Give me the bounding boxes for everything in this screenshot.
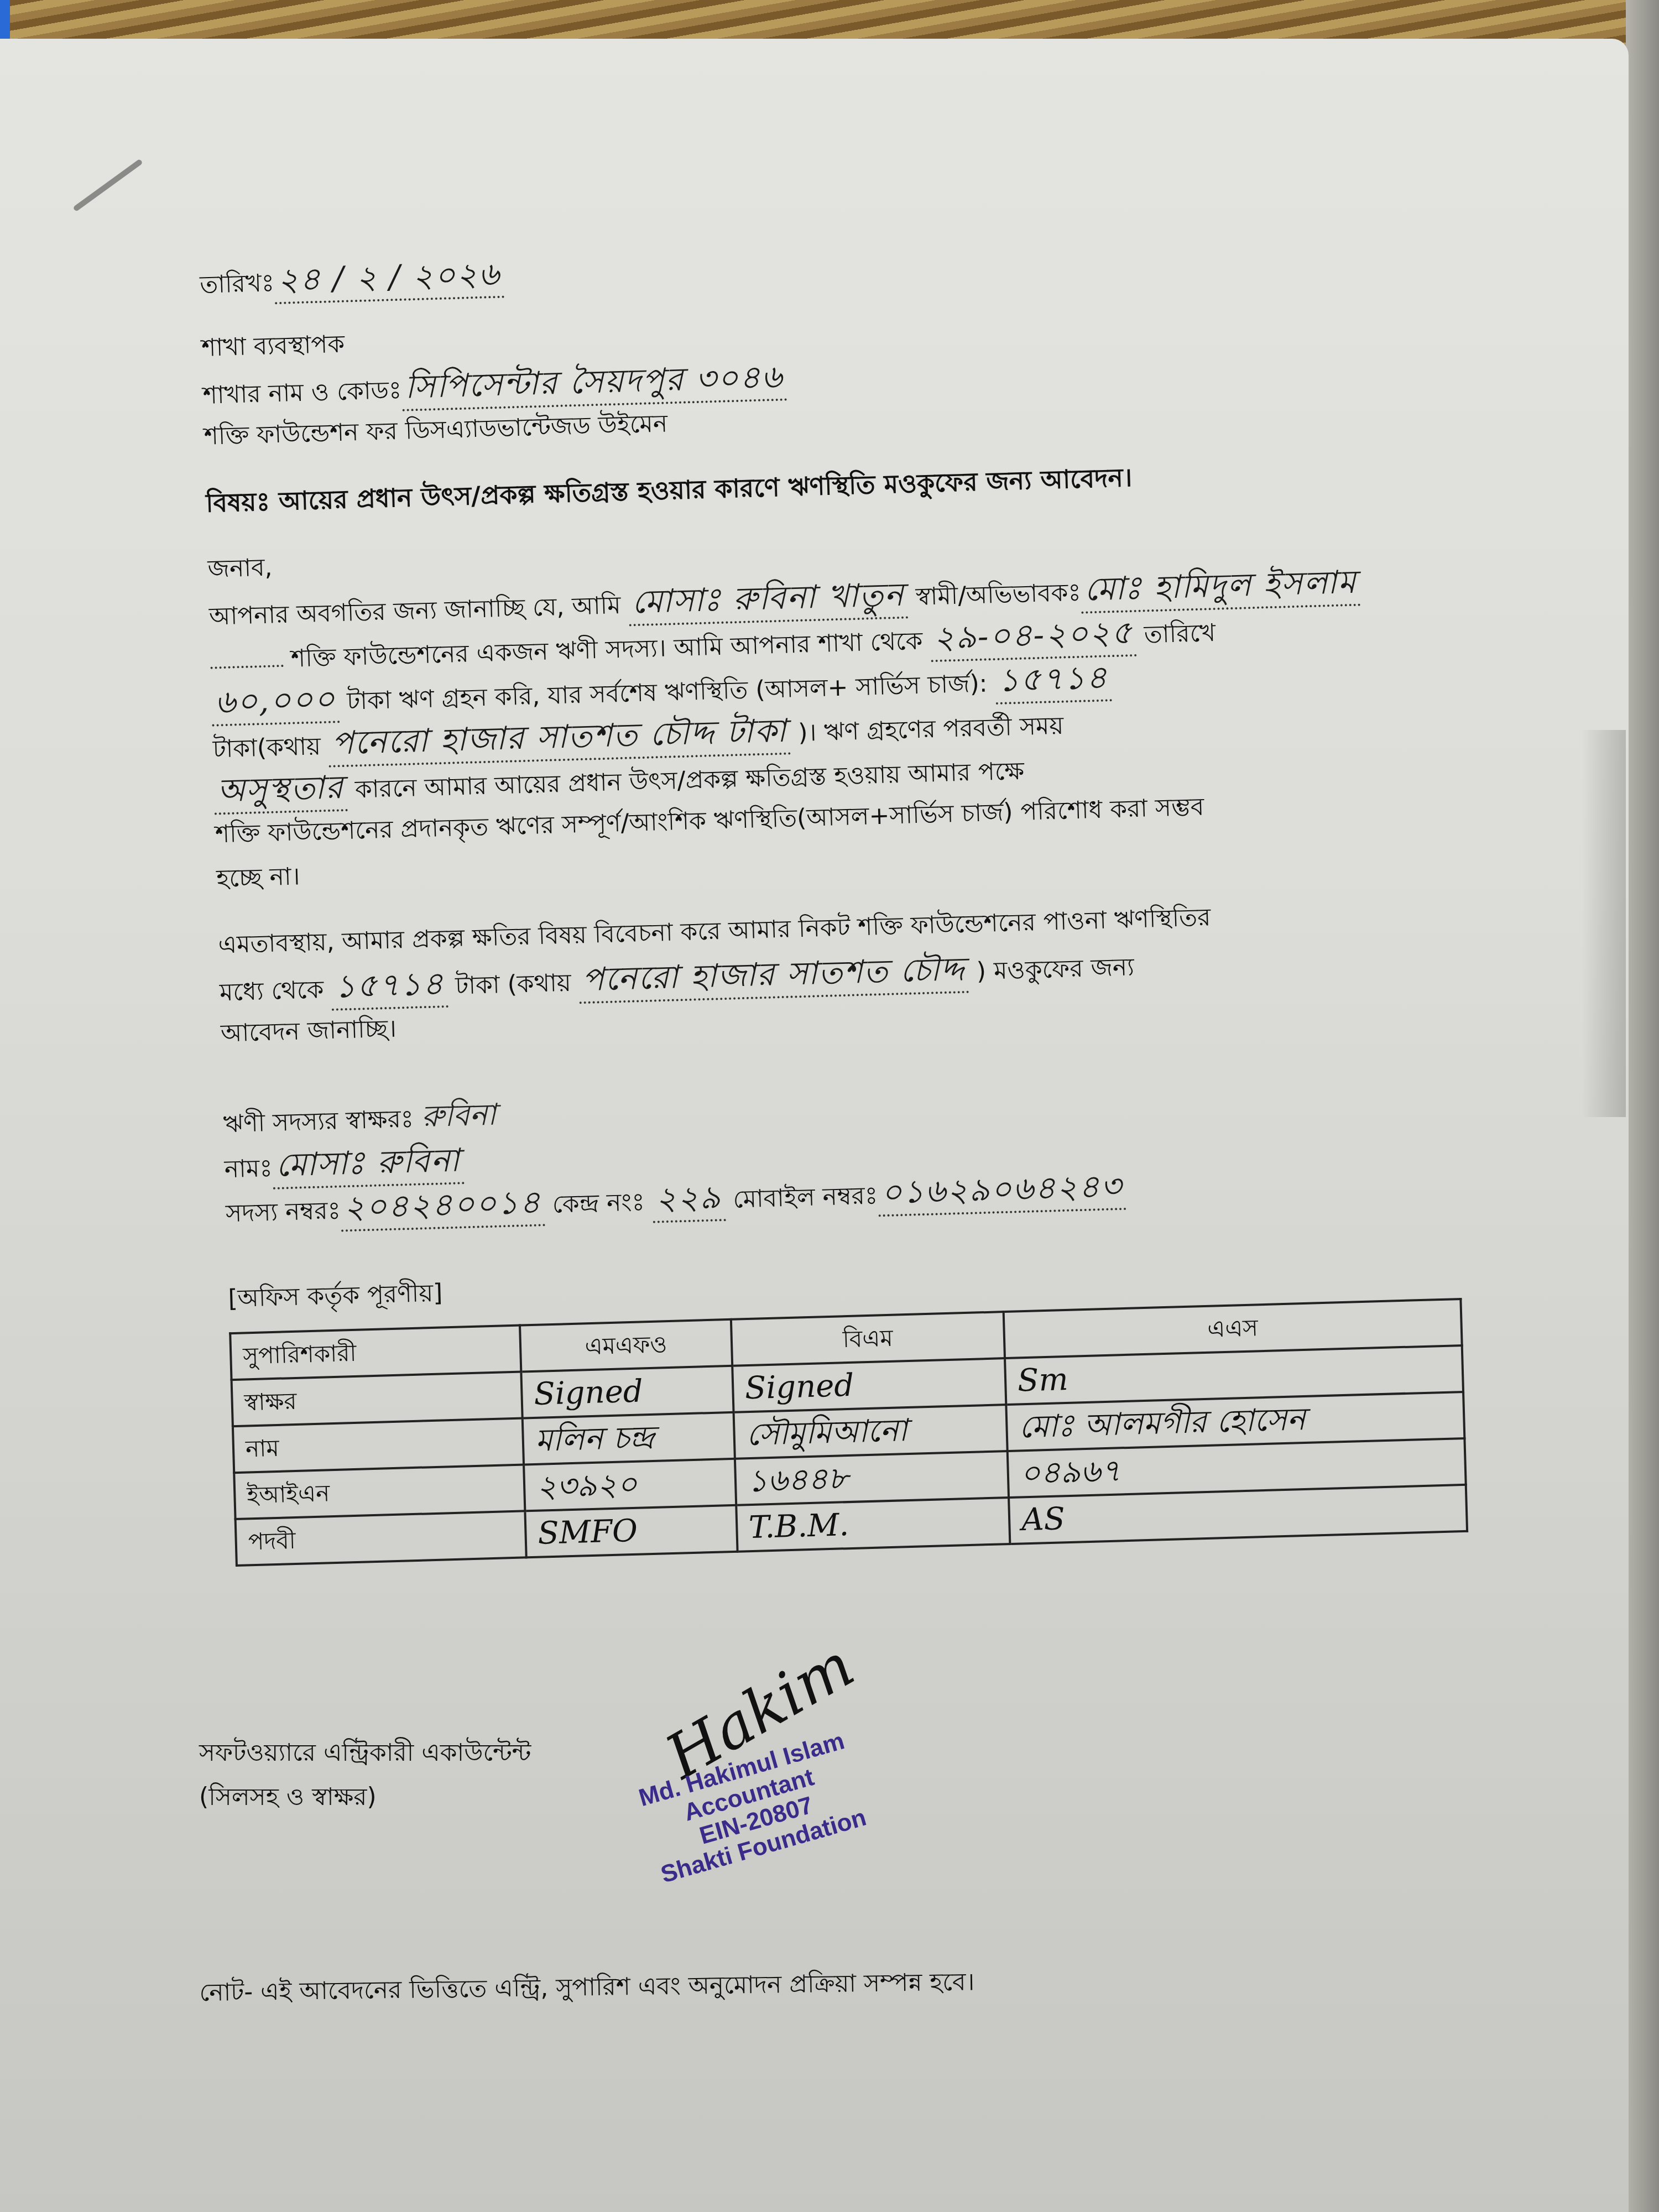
accountant-label-line1: সফটওয়্যারে এন্ট্রিকারী একাউন্টেন্ট — [199, 1731, 531, 1775]
staple-mark — [72, 159, 143, 212]
blank-field[interactable] — [211, 665, 284, 669]
body-text: টাকা(কথায় — [212, 732, 321, 763]
row-label: স্বাক্ষর — [232, 1372, 523, 1427]
name-cell[interactable]: মলিন চন্দ্র — [523, 1412, 735, 1465]
body-text: টাকা (কথায় — [455, 969, 572, 1000]
column-header: বিএম — [731, 1312, 1005, 1366]
row-label: সুপারিশকারী — [230, 1326, 521, 1380]
center-field[interactable]: ২২৯ — [651, 1175, 726, 1223]
mobile-field[interactable]: ০১৬২৯০৬৪২৪৩ — [877, 1164, 1126, 1217]
blue-object — [0, 0, 10, 39]
name-cell[interactable]: সৌমুমিআনো — [733, 1405, 1007, 1459]
member-no-label: সদস্য নম্বরঃ — [225, 1197, 341, 1228]
loan-amount-field[interactable]: ৬০,০০০ — [211, 676, 340, 726]
designation-cell[interactable]: SMFO — [525, 1505, 737, 1558]
page-edge — [1626, 0, 1659, 2212]
paper-shadow — [1582, 730, 1626, 1117]
branch-label: শাখার নাম ও কোডঃ — [202, 376, 402, 410]
member-signature[interactable]: রুবিনা — [421, 1097, 497, 1134]
member-name-label: নামঃ — [224, 1154, 273, 1183]
ein-cell[interactable]: ২৩৯২০ — [524, 1459, 736, 1511]
guardian-label: স্বামী/অভিভাবকঃ — [915, 578, 1081, 611]
ein-cell[interactable]: ১৬৪৪৮ — [735, 1451, 1009, 1505]
body-text: মধ্যে থেকে — [219, 975, 324, 1006]
row-label: নাম — [233, 1418, 524, 1473]
reason-field[interactable]: অসুস্থতার — [213, 765, 348, 815]
loan-date-field[interactable]: ২৯-০৪-২০২৫ — [930, 610, 1137, 662]
office-table: সুপারিশকারী এমএফও বিএম এএস স্বাক্ষর Sign… — [229, 1298, 1468, 1567]
member-no-field[interactable]: ২০৪২৪০০১৪ — [340, 1180, 545, 1232]
mobile-label: মোবাইল নম্বরঃ — [733, 1181, 878, 1213]
accountant-label-line2: (সিলসহ ও স্বাক্ষর) — [199, 1775, 531, 1819]
designation-cell[interactable]: T.B.M. — [736, 1498, 1010, 1552]
waiver-amount-field[interactable]: ১৫৭১৪ — [331, 961, 448, 1011]
body-text: তারিখে — [1144, 619, 1216, 649]
center-label: কেন্দ্র নংঃ — [552, 1188, 645, 1219]
body-text: )। ঋণ গ্রহণের পরবর্তী সময় — [798, 712, 1064, 747]
date-field[interactable]: ২৪ / ২ / ২০২৬ — [274, 252, 504, 305]
application-form: তারিখঃ২৪ / ২ / ২০২৬ শাখা ব্যবস্থাপক শাখা… — [199, 225, 1490, 1567]
body-text: আপনার অবগতির জন্য জানাচ্ছি যে, আমি — [208, 591, 621, 631]
date-label: তারিখঃ — [200, 269, 275, 299]
column-header: এমএফও — [520, 1319, 732, 1372]
signature-cell[interactable]: Signed — [732, 1358, 1006, 1412]
outstanding-field[interactable]: ১৫৭১৪ — [994, 655, 1112, 705]
member-signature-label: ঋণী সদস্যর স্বাক্ষরঃ — [223, 1105, 414, 1139]
body-text: ) মওকুফের জন্য — [976, 953, 1134, 985]
row-label: পদবী — [236, 1511, 526, 1566]
signature-cell[interactable]: Signed — [521, 1366, 733, 1418]
member-name-field[interactable]: মোসাঃ রুবিনা — [272, 1138, 465, 1190]
accountant-label: সফটওয়্যারে এন্ট্রিকারী একাউন্টেন্ট (সিল… — [199, 1731, 531, 1819]
row-label: ইআইএন — [234, 1464, 525, 1519]
